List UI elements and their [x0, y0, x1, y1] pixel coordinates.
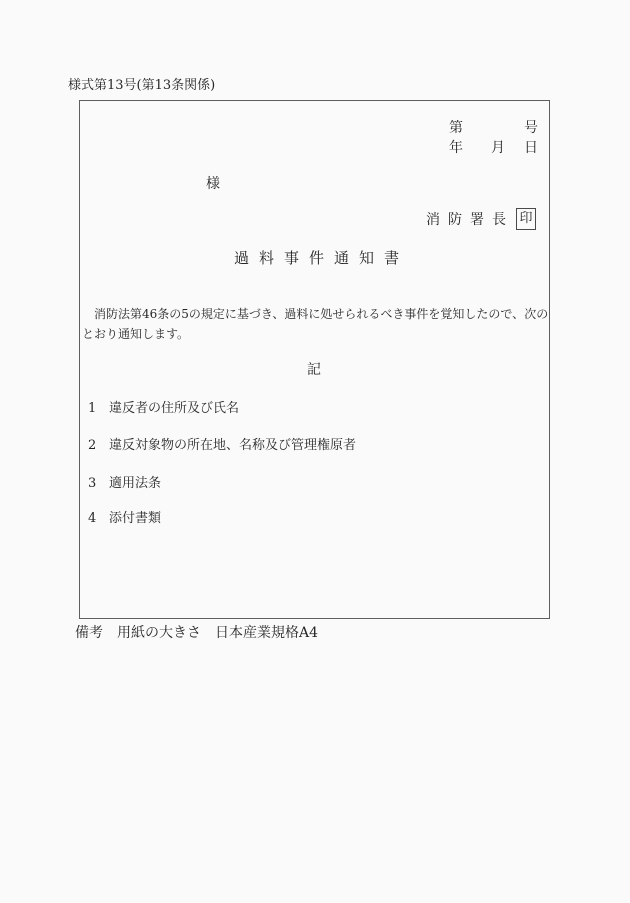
item-text: 違反者の住所及び氏名	[109, 402, 239, 415]
item-number: 1	[88, 402, 96, 415]
body-line: 消防法第46条の5の規定に基づき、過料に処せられるべき事件を覚知したので、次の	[82, 304, 549, 324]
list-item: 3 適用法条	[80, 477, 549, 493]
document-page: 様式第13号(第13条関係) 第 号 年 月 日 様 消防署長 印 過料事件通知…	[0, 0, 630, 903]
document-title: 過料事件通知書	[234, 251, 409, 266]
item-text: 違反対象物の所在地、名称及び管理権原者	[109, 439, 356, 452]
list-item: 1 違反者の住所及び氏名	[80, 402, 549, 418]
list-item: 4 添付書類	[80, 512, 549, 528]
document-frame: 第 号 年 月 日 様 消防署長 印 過料事件通知書 消防法第46条の5の規定に…	[79, 100, 550, 619]
doc-number-suffix: 号	[524, 121, 538, 135]
seal-character: 印	[519, 211, 532, 226]
item-text: 添付書類	[109, 512, 161, 525]
item-number: 4	[88, 512, 96, 525]
body-paragraph: 消防法第46条の5の規定に基づき、過料に処せられるべき事件を覚知したので、次の …	[82, 304, 549, 344]
issuer-title: 消防署長	[426, 213, 514, 227]
item-number: 2	[88, 439, 96, 452]
body-line: とおり通知します。	[82, 324, 549, 344]
form-number-label: 様式第13号(第13条関係)	[68, 79, 215, 92]
addressee-honorific: 様	[206, 177, 220, 191]
date-year-label: 年	[449, 141, 463, 155]
doc-number-prefix: 第	[449, 121, 463, 135]
date-month-label: 月	[491, 141, 505, 155]
item-number: 3	[88, 477, 96, 490]
list-item: 2 違反対象物の所在地、名称及び管理権原者	[80, 439, 549, 455]
record-marker: 記	[80, 363, 549, 377]
item-text: 適用法条	[109, 477, 161, 490]
date-day-label: 日	[524, 141, 538, 155]
paper-size-footnote: 備考 用紙の大きさ 日本産業規格A4	[75, 626, 318, 640]
seal-placeholder-box: 印	[516, 208, 536, 230]
